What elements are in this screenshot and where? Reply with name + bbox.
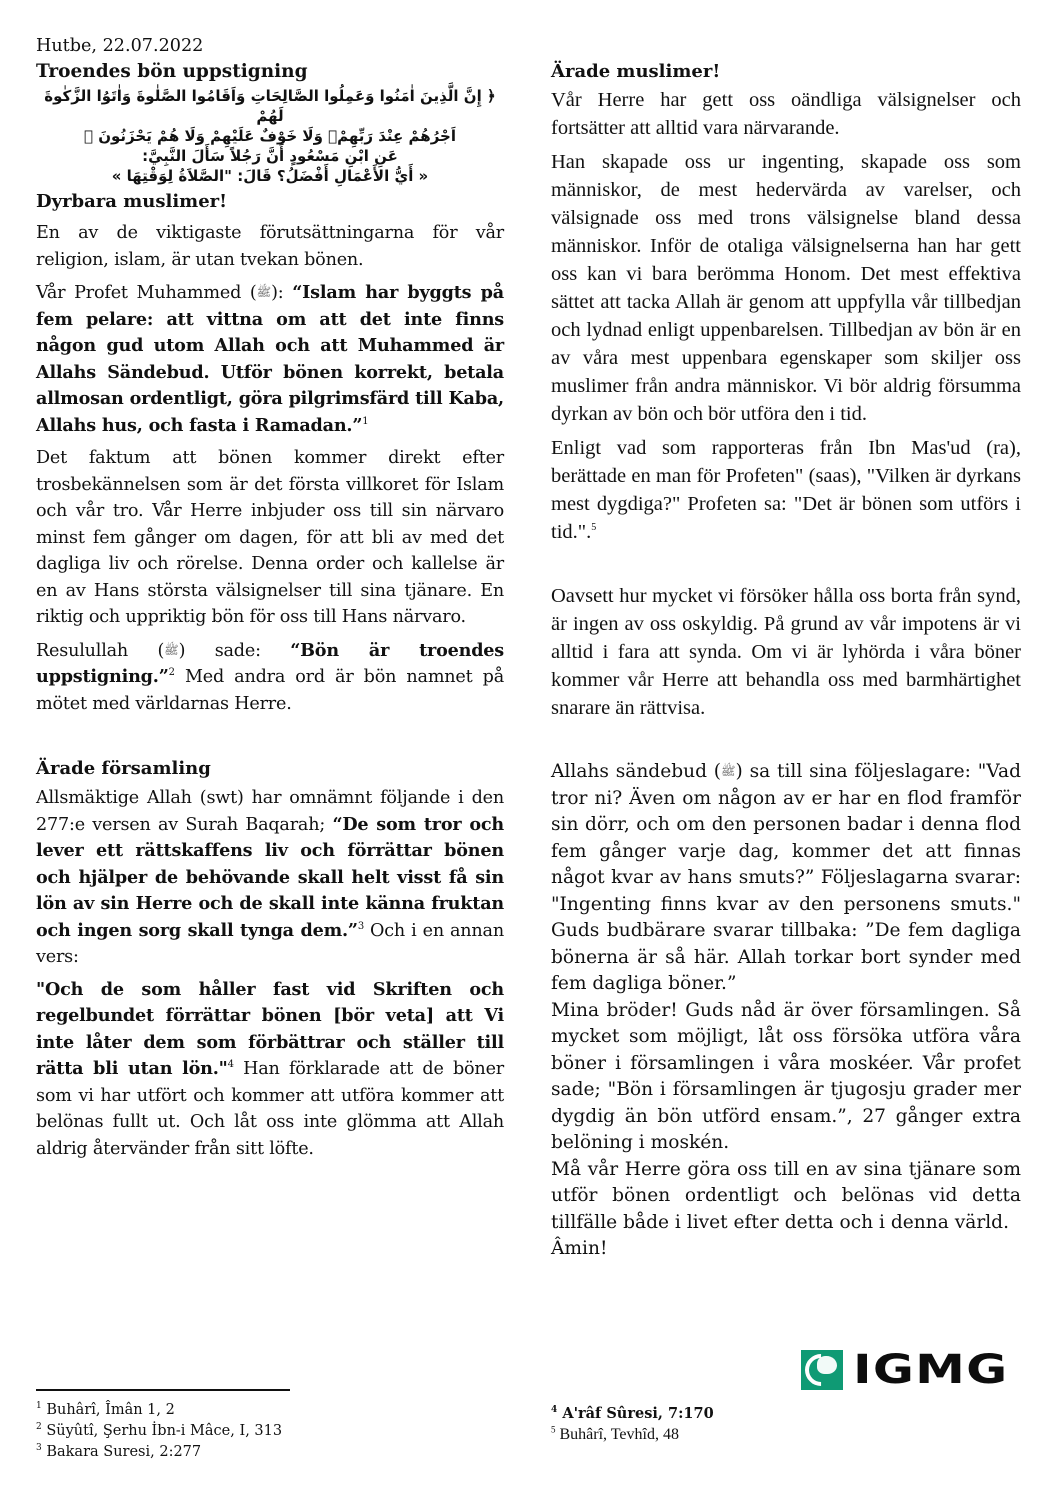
paragraph: Vår Herre har gett oss oändliga välsigne…: [551, 86, 1021, 142]
footnote: 2 Süyûtî, Şerhu İbn-i Mâce, I, 313: [36, 1421, 282, 1442]
footnote-divider: [36, 1389, 290, 1391]
igmg-logo: IGMG: [801, 1350, 977, 1390]
section-heading-arade-muslimer: Ärade muslimer!: [551, 60, 1021, 84]
salawat-symbol-icon: ﷺ: [721, 764, 736, 778]
salawat-symbol-icon: ﷺ: [257, 285, 272, 299]
footnote: 4 A'râf Sûresi, 7:170: [551, 1403, 714, 1424]
logo-text: IGMG: [853, 1350, 1008, 1390]
footnote-number: 3: [36, 1443, 42, 1453]
footnote-text: A'râf Sûresi, 7:170: [562, 1405, 713, 1422]
section-heading-arade-forsamling: Ärade församling: [36, 757, 504, 781]
footnote: 1 Buhârî, Îmân 1, 2: [36, 1400, 282, 1421]
arabic-verse-block: ﴿ إِنَّ الَّذِينَ اٰمَنُوا وَعَمِلُوا ال…: [36, 86, 504, 186]
salawat-symbol-icon: ﷺ: [164, 643, 179, 657]
arabic-hadith-line-2: « أَيُّ الأَعْمَالِ أَفْضَلُ؟ قَالَ: "ال…: [36, 166, 504, 186]
paragraph-closing-prayer: Må vår Herre göra oss till en av sina tj…: [551, 1157, 1021, 1237]
paragraph-ibn-masud: Enligt vad som rapporteras från Ibn Mas'…: [551, 434, 1021, 546]
footnote-text: Bakara Suresi, 2:277: [46, 1444, 201, 1460]
footnote-number: 1: [36, 1401, 42, 1411]
sermon-date: Hutbe, 22.07.2022: [36, 34, 203, 58]
footnote-text: Buhârî, Tevhîd, 48: [560, 1426, 679, 1443]
text: Resulullah (: [36, 641, 164, 661]
amin: Âmin!: [551, 1236, 1021, 1263]
paragraph-araf: "Och de som håller fast vid Skriften och…: [36, 977, 504, 1163]
right-column: Ärade muslimer! Vår Herre har gett oss o…: [551, 60, 1021, 1263]
text: ) sade:: [179, 641, 291, 661]
hadith-quote: “Islam har byggts på fem pelare: att vit…: [36, 282, 504, 436]
paragraph-baqarah: Allsmäktige Allah (swt) har omnämnt följ…: [36, 785, 504, 971]
page-title: Troendes bön uppstigning: [36, 60, 504, 84]
footnote-number: 2: [36, 1422, 42, 1432]
footnote-number: 5: [551, 1425, 556, 1435]
paragraph: Oavsett hur mycket vi försöker hålla oss…: [551, 582, 1021, 722]
paragraph: Mina bröder! Guds nåd är över församling…: [551, 998, 1021, 1157]
paragraph: Det faktum att bönen kommer direkt efter…: [36, 445, 504, 631]
paragraph: En av de viktigaste förutsättningarna fö…: [36, 220, 504, 273]
footnote: 5 Buhârî, Tevhîd, 48: [551, 1424, 714, 1445]
section-heading-dyrbara: Dyrbara muslimer!: [36, 190, 504, 214]
crescent-globe-icon: [801, 1350, 843, 1390]
footnote-ref: 1: [362, 416, 368, 427]
footnote: 3 Bakara Suresi, 2:277: [36, 1442, 282, 1463]
footnotes-right: 4 A'râf Sûresi, 7:170 5 Buhârî, Tevhîd, …: [551, 1403, 714, 1445]
paragraph-hadith-ascension: Resulullah (ﷺ) sade: “Bön är troendes up…: [36, 637, 504, 718]
footnote-ref: 5: [591, 522, 596, 533]
text: Enligt vad som rapporteras från Ibn Mas'…: [551, 437, 1021, 543]
text: Allahs sändebud (: [551, 761, 721, 782]
text: ):: [271, 283, 292, 303]
text: ) sa till sina följeslagare: "Vad tror n…: [551, 761, 1021, 994]
footnote-text: Süyûtî, Şerhu İbn-i Mâce, I, 313: [46, 1423, 282, 1439]
paragraph: Han skapade oss ur ingenting, skapade os…: [551, 148, 1021, 428]
arabic-hadith-line-1: عَنِ ابْنِ مَسْعُودٍ أَنَّ رَجُلاً سَأَل…: [36, 146, 504, 166]
arabic-verse-line-1: ﴿ إِنَّ الَّذِينَ اٰمَنُوا وَعَمِلُوا ال…: [36, 86, 504, 126]
footnote-text: Buhârî, Îmân 1, 2: [46, 1402, 175, 1418]
text: Vår Profet Muhammed (: [36, 283, 257, 303]
paragraph-hadith-pillars: Vår Profet Muhammed (ﷺ): “Islam har bygg…: [36, 279, 504, 439]
footnote-number: 4: [551, 1405, 557, 1415]
footnotes-left: 1 Buhârî, Îmân 1, 2 2 Süyûtî, Şerhu İbn-…: [36, 1400, 282, 1463]
arabic-verse-line-2: اَجْرُهُمْ عِنْدَ رَبِّهِمْۚ وَلَا خَوْف…: [36, 126, 504, 146]
paragraph-river-hadith: Allahs sändebud (ﷺ) sa till sina följesl…: [551, 758, 1021, 998]
